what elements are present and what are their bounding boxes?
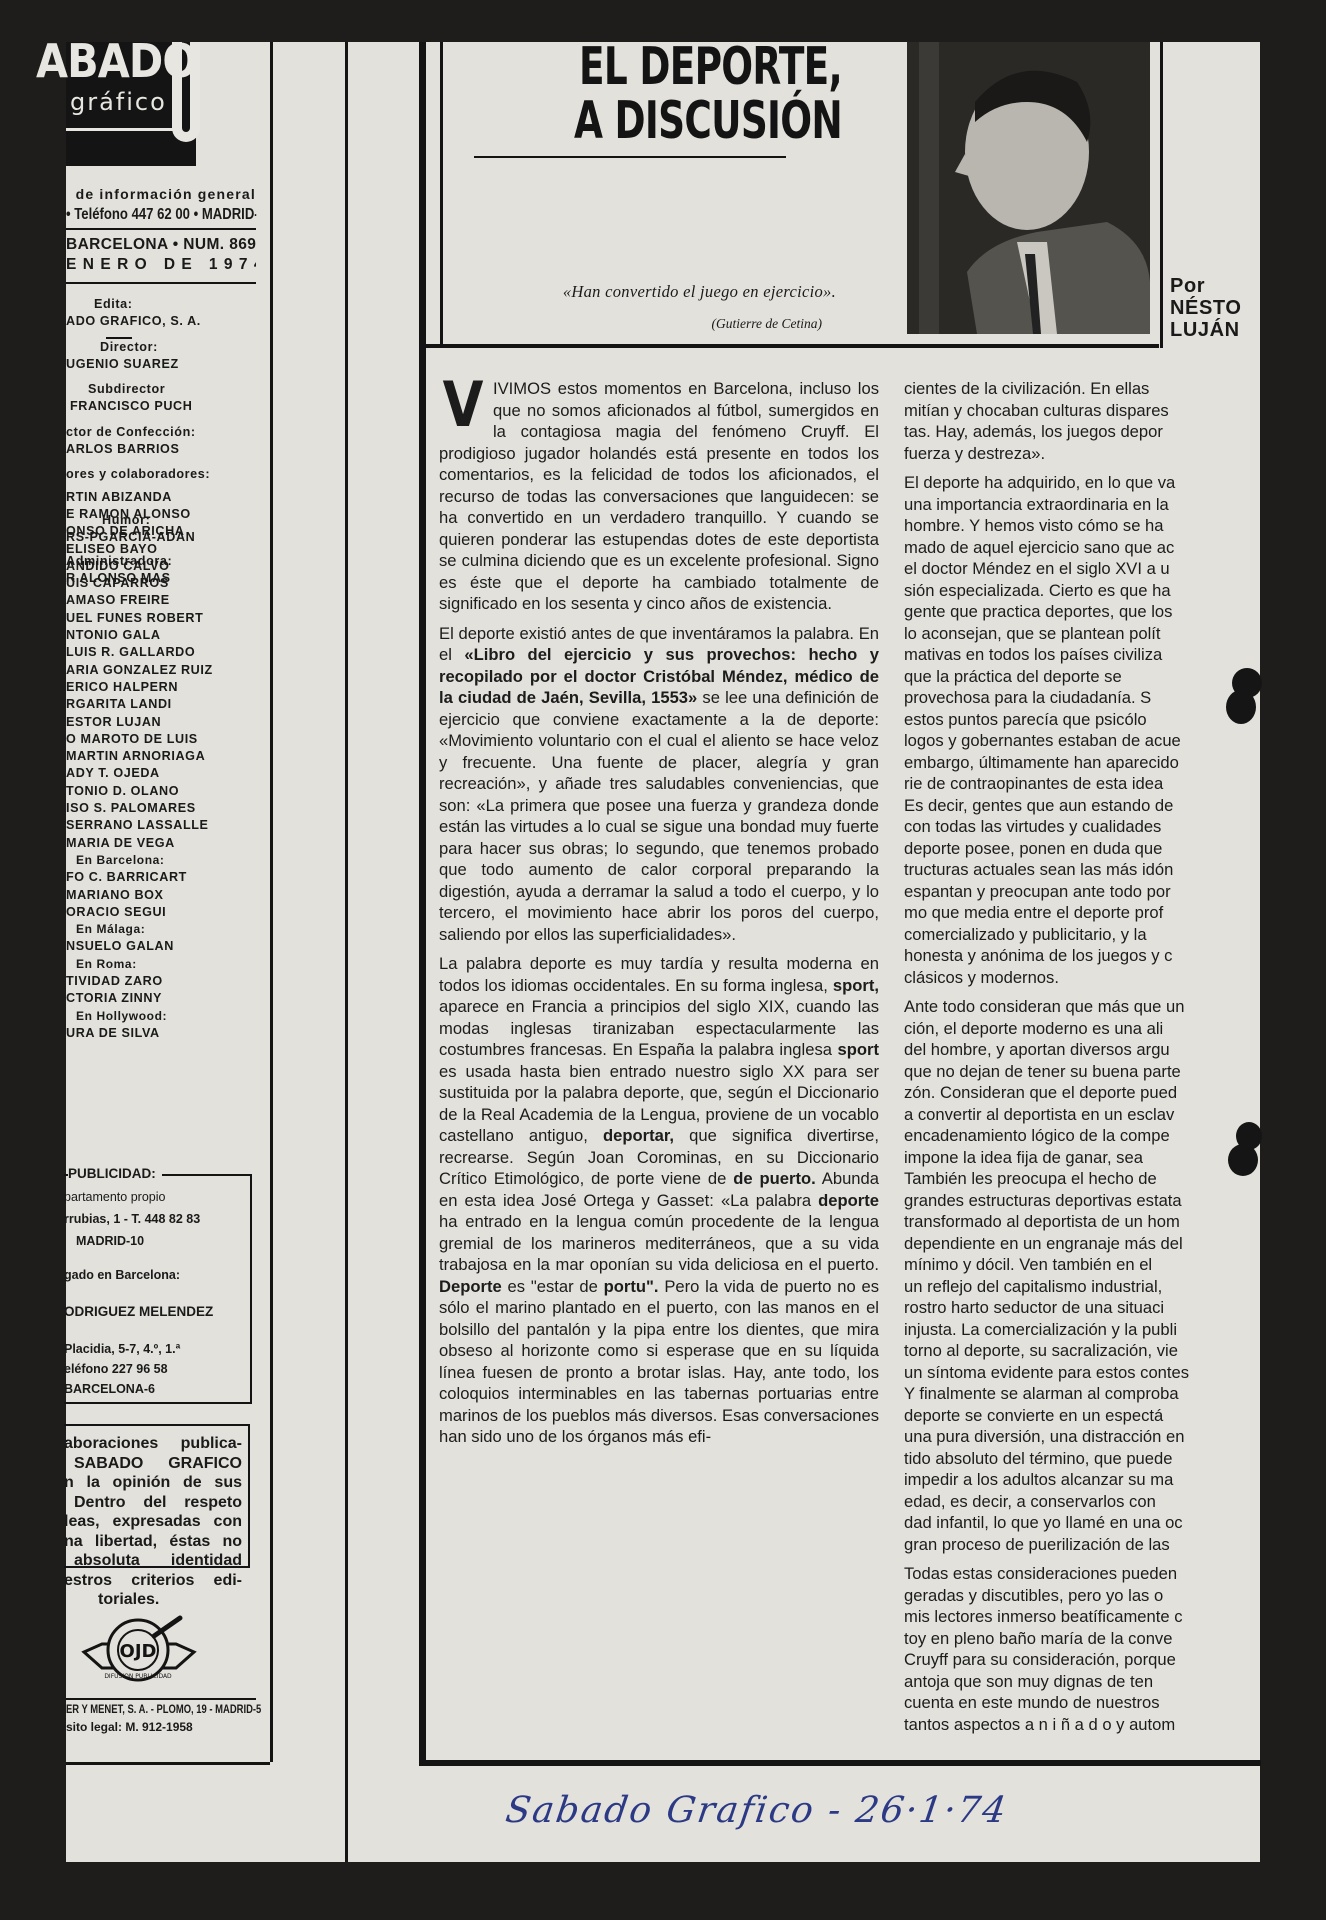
text-line: cientes de la civilización. En ellas — [904, 378, 1264, 400]
advertising-title: PUBLICIDAD: — [68, 1166, 162, 1181]
svg-text:DIFUSION PUBLICIDAD: DIFUSION PUBLICIDAD — [104, 1673, 172, 1680]
masthead-column: ABADO gráfico de información general • T… — [66, 42, 270, 1762]
text-line: embargo, últimamente han aparecido — [904, 752, 1264, 774]
collaborator-name: MARIA DE VEGA — [66, 835, 266, 852]
staff-list: Edita: ADO GRAFICO, S. A. Director: UGEN… — [66, 296, 266, 587]
text-line: dependiente en un engranaje más del — [904, 1233, 1264, 1255]
paragraph: La palabra deporte es muy tardía y resul… — [439, 953, 879, 1448]
header-left-border — [440, 42, 443, 344]
collaborator-name: ISO S. PALOMARES — [66, 800, 266, 817]
headline-line-1: EL DEPORTE, — [555, 38, 842, 96]
byline-name: LUJÁN — [1170, 319, 1242, 341]
collaborator-name: TONIO D. OLANO — [66, 783, 266, 800]
collaborator-name: ESTOR LUJAN — [66, 714, 266, 731]
collaborator-name: ERICO HALPERN — [66, 679, 266, 696]
text-line: mitían y chocaban culturas dispares — [904, 400, 1264, 422]
collaborator-name: MARTIN ARNORIAGA — [66, 748, 266, 765]
author-photo — [907, 42, 1150, 334]
epigraph-author: (Gutierre de Cetina) — [444, 316, 822, 332]
collaborator-name: URA DE SILVA — [66, 1025, 266, 1042]
text-line: antoja que son muy dignas de ten — [904, 1671, 1264, 1693]
delegate-city: BARCELONA-6 — [64, 1382, 155, 1396]
ojd-logo-icon: OJD DIFUSION PUBLICIDAD — [80, 1614, 198, 1686]
separator — [106, 337, 132, 339]
collaborator-name: UEL FUNES ROBERT — [66, 610, 266, 627]
text-line: edad, es decir, a conservarlos con — [904, 1491, 1264, 1513]
byline-name: NÉSTO — [1170, 297, 1242, 319]
text-line: un reflejo del capitalismo industrial, — [904, 1276, 1264, 1298]
masthead-bottom-rule — [66, 1762, 270, 1765]
text-line: injusta. La comercialización y la publi — [904, 1319, 1264, 1341]
collaborator-name: FO C. BARRICART — [66, 869, 266, 886]
text-line: logos y gobernantes estaban de acue — [904, 730, 1264, 752]
city-label: En Roma: — [66, 956, 266, 973]
text-line: impedir a los adultos alcanzar su ma — [904, 1469, 1264, 1491]
issue-date: ENERO DE 1974 — [66, 256, 256, 274]
text-line: una importancia extraordinaria en la — [904, 494, 1264, 516]
advertising-line: partamento propio — [64, 1190, 165, 1204]
masthead-rule — [66, 1698, 256, 1700]
masthead-rule — [66, 282, 256, 284]
staff-label: ores y colaboradores: — [66, 466, 266, 483]
collaborator-name: MARIANO BOX — [66, 887, 266, 904]
text-line: provechosa para la ciudadanía. S — [904, 687, 1264, 709]
disclaimer-box: aboraciones publica- SABADO GRAFICO n la… — [64, 1424, 250, 1568]
staff-label: Director: — [66, 339, 266, 356]
headline-line-2: A DISCUSIÓN — [555, 92, 842, 150]
header-bottom-rule — [419, 344, 1159, 348]
headline-rule — [474, 156, 786, 158]
article-header: EL DEPORTE, A DISCUSIÓN «Han convertido … — [444, 42, 1162, 340]
admin-label: Administradora: — [66, 553, 266, 570]
collaborator-name: TIVIDAD ZARO — [66, 973, 266, 990]
gutter-rule — [345, 42, 348, 1862]
text-line: zón. Consideran que el deporte pued — [904, 1082, 1264, 1104]
delegate-address: Placidia, 5-7, 4.º, 1.ª — [64, 1342, 180, 1356]
text-line: que no dejan de tener su buena parte — [904, 1061, 1264, 1083]
handwritten-date-note: Sabado Grafico - 26·1·74 — [503, 1790, 1010, 1831]
text-line: lo aconsejan, que se plantean polít — [904, 623, 1264, 645]
article-column-2: cientes de la civilización. En ellasmití… — [904, 378, 1264, 1743]
text-line: Es decir, gentes que aun estando de — [904, 795, 1264, 817]
text-line: mis lectores inmerso beatíficamente c — [904, 1606, 1264, 1628]
text-line: Cruyff para su consideración, porque — [904, 1649, 1264, 1671]
text-line: deporte se convierte en un espectá — [904, 1405, 1264, 1427]
text-line: tido absoluto del término, que puede — [904, 1448, 1264, 1470]
collaborator-name: RGARITA LANDI — [66, 696, 266, 713]
advertising-box: PUBLICIDAD: partamento propio rrubias, 1… — [64, 1174, 252, 1404]
collaborator-name: O MAROTO DE LUIS — [66, 731, 266, 748]
disclaimer-line: SABADO GRAFICO — [64, 1454, 248, 1474]
staff-label: Subdirector — [66, 381, 266, 398]
article-bottom-border — [419, 1760, 1261, 1766]
advertising-line: MADRID-10 — [76, 1234, 144, 1248]
portrait-icon — [907, 42, 1150, 334]
disclaimer-line: n la opinión de sus — [64, 1473, 248, 1493]
text-line: estos puntos parecía que psicólo — [904, 709, 1264, 731]
paragraph: Ante todo consideran que más que unción,… — [904, 996, 1264, 1555]
disclaimer-line: toriales. — [64, 1590, 248, 1610]
staff-name: ARLOS BARRIOS — [66, 441, 266, 458]
text-line: a convertir al deportista en un esclav — [904, 1104, 1264, 1126]
city-label: En Hollywood: — [66, 1008, 266, 1025]
text-line: comercializado y publicitario, y la — [904, 924, 1264, 946]
city-label: En Málaga: — [66, 921, 266, 938]
text-line: Todas estas consideraciones pueden — [904, 1563, 1264, 1585]
text-line: gran proceso de puerilización de las — [904, 1534, 1264, 1556]
masthead-tagline: de información general — [66, 186, 256, 202]
text-line: honesta y anónima de los juegos y c — [904, 945, 1264, 967]
disclaimer-line: na libertad, éstas no — [64, 1532, 248, 1552]
collaborator-name: ORACIO SEGUI — [66, 904, 266, 921]
text-line: espantan y preocupan ante todo por — [904, 881, 1264, 903]
delegate-phone: eléfono 227 96 58 — [64, 1362, 168, 1376]
text-line: dad infantil, lo que yo llamé en una oc — [904, 1512, 1264, 1534]
text-line: torno al deporte, su sacralización, vie — [904, 1340, 1264, 1362]
advertising-line: rrubias, 1 - T. 448 82 83 — [64, 1212, 200, 1226]
collaborators-list: RTIN ABIZANDAE RAMON ALONSOONSO DE ARICH… — [66, 489, 266, 506]
legal-deposit: sito legal: M. 912-1958 — [66, 1720, 266, 1734]
collaborator-name: CTORIA ZINNY — [66, 990, 266, 1007]
collaborator-name: SERRANO LASSALLE — [66, 817, 266, 834]
collaborator-name: RTIN ABIZANDA — [66, 489, 266, 506]
text-line: ción, el deporte moderno es una ali — [904, 1018, 1264, 1040]
city-label: En Barcelona: — [66, 852, 266, 869]
svg-text:OJD: OJD — [120, 1641, 157, 1662]
staff-label: Edita: — [66, 296, 266, 313]
issue-number: BARCELONA • NUM. 869 — [66, 236, 256, 254]
text-line: rostro harto seductor de una situaci — [904, 1297, 1264, 1319]
delegate-label: gado en Barcelona: — [64, 1268, 180, 1282]
text-line: mado de aquel ejercicio sano que ac — [904, 537, 1264, 559]
text-line: tructuras actuales sean las más idón — [904, 859, 1264, 881]
binder-hole — [1226, 690, 1256, 724]
disclaimer-line: Dentro del respeto — [64, 1493, 248, 1513]
text-line: cuenta en este mundo de nuestros — [904, 1692, 1264, 1714]
collaborator-name: LUIS R. GALLARDO — [66, 644, 266, 661]
text-line: deporte posee, ponen en duda que — [904, 838, 1264, 860]
printer-info: ER Y MENET, S. A. - PLOMO, 19 - MADRID-5… — [66, 1704, 266, 1734]
binder-hole — [1228, 1144, 1258, 1176]
logo-subtitle: gráfico — [70, 88, 167, 116]
text-line: impone la idea fija de ganar, sea — [904, 1147, 1264, 1169]
paragraph: El deporte ha adquirido, en lo que vauna… — [904, 472, 1264, 988]
disclaimer-line: leas, expresadas con — [64, 1512, 248, 1532]
text-line: gente que practica deportes, que los — [904, 601, 1264, 623]
printer-line: ER Y MENET, S. A. - PLOMO, 19 - MADRID-5 — [66, 1704, 263, 1716]
text-line: clásicos y modernos. — [904, 967, 1264, 989]
byline-prefix: Por — [1170, 275, 1242, 297]
paragraph: Todas estas consideraciones puedengerada… — [904, 1563, 1264, 1735]
collaborator-name: AMASO FREIRE — [66, 592, 266, 609]
admin-name: R ALONSO MAS — [66, 570, 266, 587]
disclaimer-line: estros criterios edi- — [64, 1571, 248, 1591]
text-line: mativas en todos los países civiliza — [904, 644, 1264, 666]
logo-letter-shape — [172, 42, 200, 142]
text-line: toy en pleno baño maría de la conve — [904, 1628, 1264, 1650]
disclaimer-line: absoluta identidad — [64, 1551, 248, 1571]
text-line: geradas y discutibles, pero yo las o — [904, 1585, 1264, 1607]
article-left-border — [419, 42, 426, 1764]
logo-underline — [66, 128, 174, 131]
disclaimer-line: aboraciones publica- — [64, 1434, 248, 1454]
masthead-phone: • Teléfono 447 62 00 • MADRID-10 — [66, 206, 256, 224]
text-line: mo que media entre el deporte prof — [904, 902, 1264, 924]
collaborator-name: NSUELO GALAN — [66, 938, 266, 955]
paragraph: cientes de la civilización. En ellasmití… — [904, 378, 1264, 464]
text-line: El deporte ha adquirido, en lo que va — [904, 472, 1264, 494]
paragraph: El deporte existió antes de que inventár… — [439, 623, 879, 946]
text-line: hombre. Y hemos visto cómo se ha — [904, 515, 1264, 537]
text-line: con todas las virtudes y cualidades — [904, 816, 1264, 838]
epigraph: «Han convertido el juego en ejercicio». — [444, 282, 836, 302]
text-line: rie de contraopinantes de esta idea — [904, 773, 1264, 795]
text-line: un síntoma evidente para estos contes — [904, 1362, 1264, 1384]
text-line: una pura diversión, una distracción en — [904, 1426, 1264, 1448]
text-line: grandes estructuras deportivas estata — [904, 1190, 1264, 1212]
paragraph: VIVIMOS estos momentos en Barcelona, inc… — [439, 378, 879, 615]
staff-name: ADO GRAFICO, S. A. — [66, 313, 266, 330]
text-line: tas. Hay, además, los juegos depor — [904, 421, 1264, 443]
logo: ABADO gráfico — [66, 42, 196, 166]
text-line: fuerza y destreza». — [904, 443, 1264, 465]
article-column-1: VIVIMOS estos momentos en Barcelona, inc… — [439, 378, 879, 1456]
collaborator-name: NTONIO GALA — [66, 627, 266, 644]
text-line: mínimo y dócil. Ven también en el — [904, 1254, 1264, 1276]
staff-label: ctor de Confección: — [66, 424, 266, 441]
drop-cap: V — [443, 380, 484, 430]
staff-name: FRANCISCO PUCH — [66, 398, 266, 415]
text-line: Ante todo consideran que más que un — [904, 996, 1264, 1018]
text-line: sión especializada. Cierto es que ha — [904, 580, 1264, 602]
collaborator-name: ADY T. OJEDA — [66, 765, 266, 782]
background-edge — [1262, 0, 1326, 1920]
text-line: También les preocupa el hecho de — [904, 1168, 1264, 1190]
collaborator-name: ARIA GONZALEZ RUIZ — [66, 662, 266, 679]
humor-name: RS-PGARCIA-ADAN — [66, 529, 266, 546]
masthead-rule — [66, 228, 256, 230]
text-line: que la práctica del deporte se — [904, 666, 1264, 688]
staff-name: UGENIO SUAREZ — [66, 356, 266, 373]
text-line: Y finalmente se alarman al comproba — [904, 1383, 1264, 1405]
byline: Por NÉSTO LUJÁN — [1170, 275, 1242, 341]
text-line: tantos aspectos a n i ñ a d o y autom — [904, 1714, 1264, 1736]
text-line: encadenamiento lógico de la compe — [904, 1125, 1264, 1147]
text-line: el doctor Méndez en el siglo XVI a u — [904, 558, 1264, 580]
masthead-right-rule — [270, 42, 273, 1762]
text-line: transformado al deportista de un hom — [904, 1211, 1264, 1233]
delegate-name: ODRIGUEZ MELENDEZ — [64, 1304, 213, 1319]
text-line: del hombre, y aportan diversos argu — [904, 1039, 1264, 1061]
